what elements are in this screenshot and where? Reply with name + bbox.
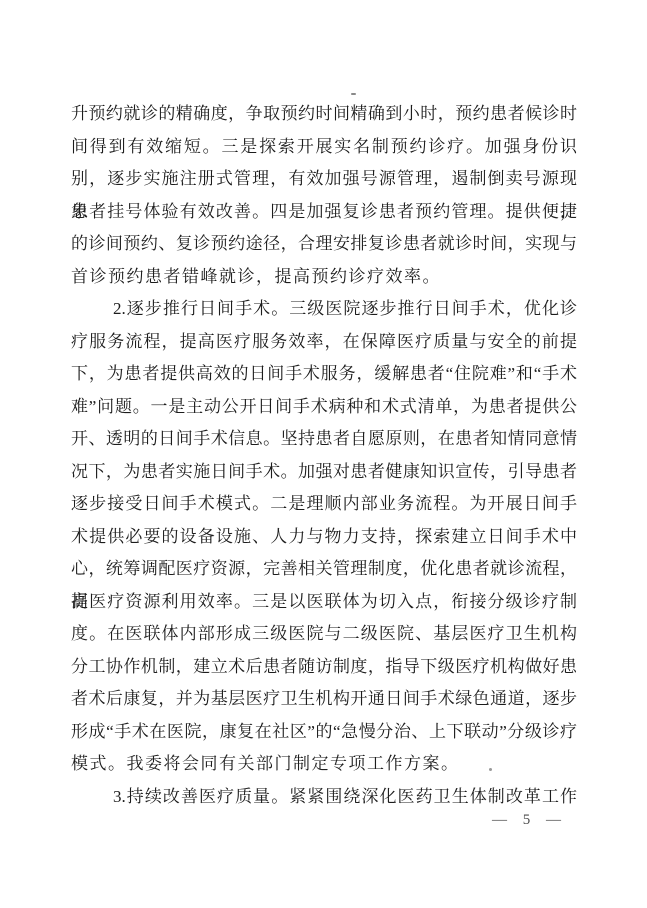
text-line-21: 模式。我委将会同有关部门制定专项工作方案。	[71, 748, 577, 781]
text-line-13: 逐步接受日间手术模式。二是理顺内部业务流程。为开展日间手	[71, 488, 577, 521]
text-line-5: 的诊间预约、复诊预约途径，合理安排复诊患者就诊时间，实现与	[71, 228, 577, 261]
text-line-18: 分工协作机制，建立术后患者随访制度，指导下级医疗机构做好患	[71, 651, 577, 684]
text-line-12: 况下，为患者实施日间手术。加强对患者健康知识宣传，引导患者	[71, 456, 577, 489]
text-line-15: 心，统筹调配医疗资源，完善相关管理制度，优化患者就诊流程，提	[71, 553, 577, 586]
document-body: 升预约就诊的精确度，争取预约时间精确到小时，预约患者候诊时间得到有效缩短。三是探…	[71, 98, 577, 813]
text-line-4: 患者挂号体验有效改善。四是加强复诊患者预约管理。提供便捷	[71, 196, 577, 229]
text-line-8: 疗服务流程，提高医疗服务效率，在保障医疗质量与安全的前提	[71, 326, 577, 359]
text-line-10: 难”问题。一是主动公开日间手术病种和术式清单，为患者提供公	[71, 391, 577, 424]
text-line-14: 术提供必要的设备设施、人力与物力支持，探索建立日间手术中	[71, 521, 577, 554]
text-line-17: 度。在医联体内部形成三级医院与二级医院、基层医疗卫生机构	[71, 618, 577, 651]
text-line-3: 别，逐步实施注册式管理，有效加强号源管理，遏制倒卖号源现象，	[71, 163, 577, 196]
text-line-22: 3.持续改善医疗质量。紧紧围绕深化医药卫生体制改革工作	[71, 781, 577, 814]
page-number: — 5 —	[492, 812, 562, 829]
text-line-20: 形成“手术在医院，康复在社区”的“急慢分治、上下联动”分级诊疗	[71, 716, 577, 749]
text-line-11: 开、透明的日间手术信息。坚持患者自愿原则，在患者知情同意情	[71, 423, 577, 456]
scan-artifact-dot	[351, 93, 356, 95]
text-line-7: 2.逐步推行日间手术。三级医院逐步推行日间手术，优化诊	[71, 293, 577, 326]
text-line-9: 下，为患者提供高效的日间手术服务，缓解患者“住院难”和“手术	[71, 358, 577, 391]
text-line-2: 间得到有效缩短。三是探索开展实名制预约诊疗。加强身份识	[71, 131, 577, 164]
text-line-16: 高医疗资源利用效率。三是以医联体为切入点，衔接分级诊疗制	[71, 586, 577, 619]
text-line-1: 升预约就诊的精确度，争取预约时间精确到小时，预约患者候诊时	[71, 98, 577, 131]
text-line-19: 者术后康复，并为基层医疗卫生机构开通日间手术绿色通道，逐步	[71, 683, 577, 716]
text-line-6: 首诊预约患者错峰就诊，提高预约诊疗效率。	[71, 261, 577, 294]
document-page: 升预约就诊的精确度，争取预约时间精确到小时，预约患者候诊时间得到有效缩短。三是探…	[0, 0, 647, 908]
